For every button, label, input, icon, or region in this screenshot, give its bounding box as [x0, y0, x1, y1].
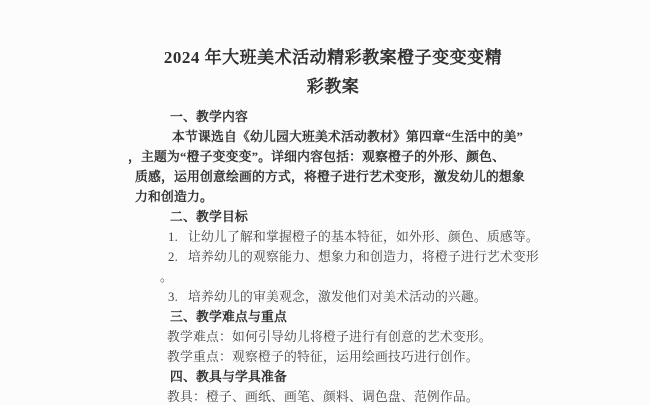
- teaching-content-line-3: 质感，运用创意绘画的方式，将橙子进行艺术变形，激发幼儿的想象: [135, 167, 517, 187]
- teaching-content-line-2: ，主题为“橙子变变变”。详细内容包括：观察橙子的外形、颜色、: [128, 147, 517, 167]
- goal-item-2-number: 2.: [168, 247, 188, 267]
- goal-item-2: 2.培养幼儿的观察能力、想象力和创造力，将橙子进行艺术变形: [135, 247, 517, 267]
- heading-materials: 四、教具与学具准备: [135, 367, 517, 387]
- title-line-2: 彩教案: [149, 72, 517, 101]
- goal-item-2-overflow: 。: [135, 267, 517, 287]
- heading-teaching-content: 一、教学内容: [135, 107, 517, 127]
- goal-item-1-number: 1.: [168, 227, 188, 247]
- teaching-key-point-line: 教学重点：观察橙子的特征，运用绘画技巧进行创作。: [135, 347, 517, 367]
- goal-item-1-text: 让幼儿了解和掌握橙子的基本特征，如外形、颜色、质感等。: [188, 230, 539, 244]
- title-line-1: 2024 年大班美术活动精彩教案橙子变变变精: [149, 43, 517, 72]
- document-body: 一、教学内容 本节课选自《幼儿园大班美术活动教材》第四章“生活中的美” ，主题为…: [135, 107, 517, 405]
- goal-item-3: 3.培养幼儿的审美观念，激发他们对美术活动的兴趣。: [135, 287, 517, 307]
- document-title: 2024 年大班美术活动精彩教案橙子变变变精 彩教案: [135, 43, 517, 101]
- goal-item-1: 1.让幼儿了解和掌握橙子的基本特征，如外形、颜色、质感等。: [135, 227, 517, 247]
- document-page: 2024 年大班美术活动精彩教案橙子变变变精 彩教案 一、教学内容 本节课选自《…: [0, 0, 650, 405]
- goal-item-3-text: 培养幼儿的审美观念，激发他们对美术活动的兴趣。: [188, 290, 487, 304]
- heading-teaching-goals: 二、教学目标: [135, 207, 517, 227]
- heading-difficulties: 三、教学难点与重点: [135, 307, 517, 327]
- teaching-content-line-4: 力和创造力。: [135, 187, 517, 207]
- teaching-aids-line: 教具：橙子、画纸、画笔、颜料、调色盘、范例作品。: [135, 387, 517, 405]
- teaching-difficulty-line: 教学难点：如何引导幼儿将橙子进行有创意的艺术变形。: [135, 327, 517, 347]
- goal-item-2-text: 培养幼儿的观察能力、想象力和创造力，将橙子进行艺术变形: [188, 250, 539, 264]
- teaching-content-line-1: 本节课选自《幼儿园大班美术活动教材》第四章“生活中的美”: [135, 127, 517, 147]
- goal-item-3-number: 3.: [168, 287, 188, 307]
- document-content: 2024 年大班美术活动精彩教案橙子变变变精 彩教案 一、教学内容 本节课选自《…: [135, 43, 517, 405]
